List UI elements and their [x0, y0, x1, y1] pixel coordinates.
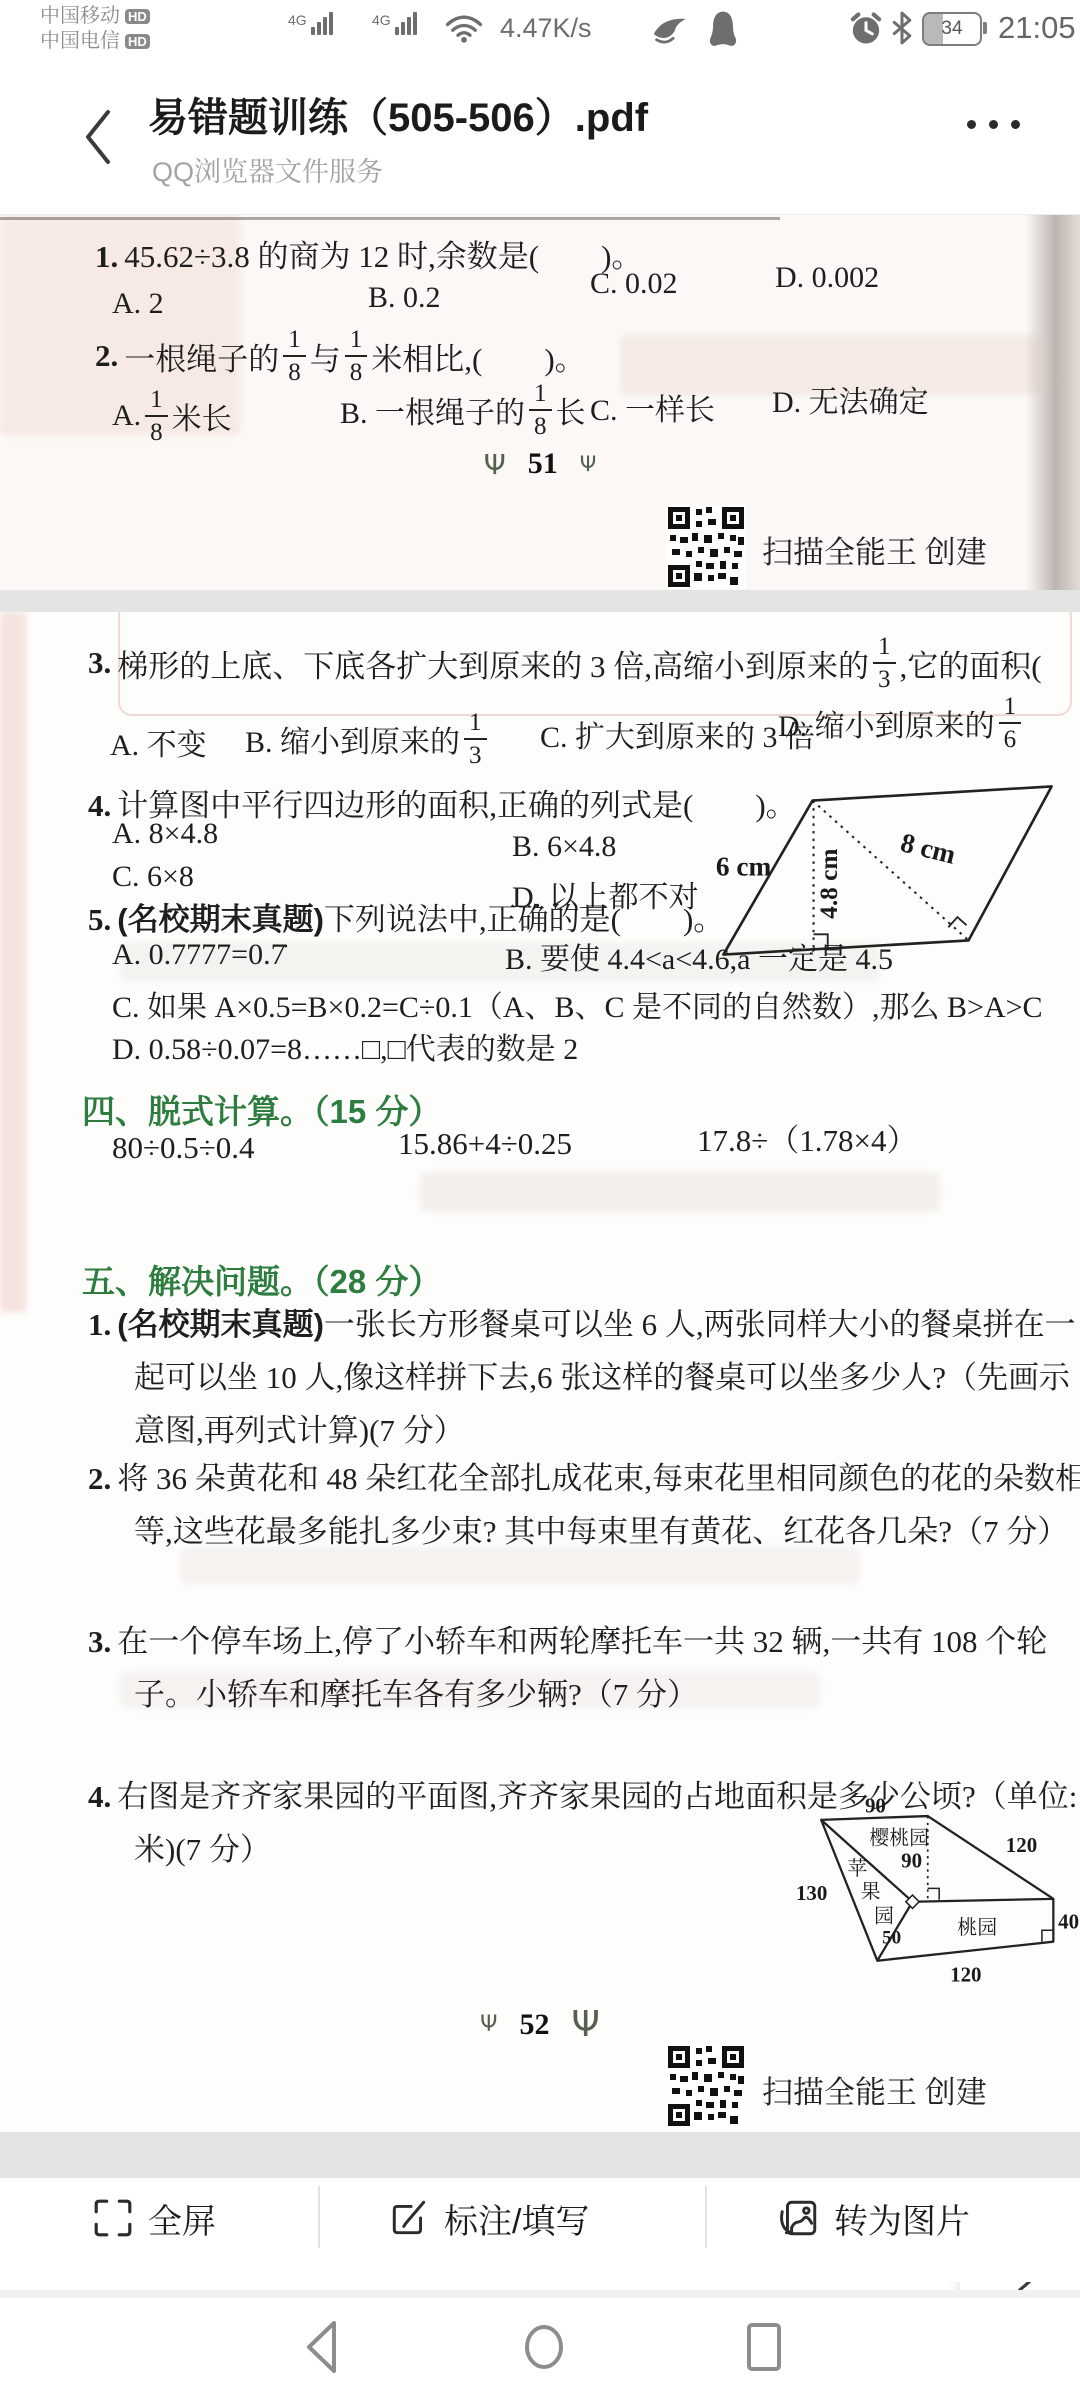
question-number: 4.: [88, 788, 111, 823]
battery-indicator: 34: [922, 12, 982, 46]
scan-artifact: [420, 1172, 940, 1212]
network-type-2: 4G: [372, 12, 391, 28]
problem-tag: (名校期末真题): [117, 1307, 324, 1342]
orchard-left-label: 130: [796, 1881, 827, 1905]
fig-label-diagonal: 8 cm: [898, 827, 959, 870]
question-3-text: 3. 梯形的上底、下底各扩大到原来的 3 倍,高缩小到原来的 13 ,它的面积(…: [88, 634, 1080, 692]
fraction: 13: [464, 710, 487, 768]
question-body: 下列说法中,正确的是( )。: [324, 902, 724, 937]
qr-caption: 扫描全能王 创建: [762, 2067, 987, 2112]
problem-number: 1.: [88, 1307, 111, 1342]
q3-text-pre: 梯形的上底、下底各扩大到原来的 3 倍,高缩小到原来的: [117, 641, 869, 686]
problem-body: 将 36 朵黄花和 48 朵红花全部扎成花束,每束花里相同颜色的花的朵数相等,这…: [117, 1461, 1080, 1549]
qr-code: [666, 2044, 746, 2128]
problem-number: 4.: [88, 1779, 111, 1814]
question-body: 45.62÷3.8 的商为 12 时,余数是( )。: [124, 239, 642, 274]
problem-1: 1.(名校期末真题)一张长方形餐桌可以坐 6 人,两张同样大小的餐桌拼在一起可以…: [88, 1298, 1080, 1457]
q2-text-pre: 一根绳子的: [124, 334, 279, 379]
fraction: 16: [999, 694, 1022, 752]
tree-icon: Ψ: [484, 448, 506, 481]
pdf-viewer[interactable]: 1.45.62÷3.8 的商为 12 时,余数是( )。 A. 2 B. 0.2…: [0, 215, 1080, 2178]
q2-option-c: C. 一样长: [590, 385, 715, 429]
orchard-right-label: 120: [1006, 1833, 1037, 1857]
section-4-heading: 四、脱式计算。（15 分）: [82, 1086, 441, 1133]
fraction: 18: [283, 327, 306, 385]
signal-bars-1: 4G: [288, 12, 333, 35]
orchard-figure: 90 樱桃园 90 120 130 苹 果 园 50 桃园 40 120: [785, 1798, 1080, 1994]
android-navbar: [0, 2290, 1080, 2400]
fraction: 18: [145, 387, 168, 445]
q5-option-a: A. 0.7777=0.7̇: [112, 938, 286, 972]
expression-1: 80÷0.5÷0.4: [112, 1130, 255, 1166]
orchard-bottom-label: 120: [950, 1963, 981, 1987]
problem-number: 2.: [88, 1461, 111, 1496]
status-bar: 中国移动HD 中国电信HD 4G 4G 4.47K/s 34 21:05: [0, 0, 1080, 58]
problem-3: 3.在一个停车场上,停了小轿车和两轮摩托车一共 32 辆,一共有 108 个轮子…: [88, 1615, 1080, 1721]
wifi-icon: [444, 14, 484, 44]
fraction: 18: [529, 381, 552, 439]
annotate-button[interactable]: 标注/填写: [388, 2188, 589, 2248]
nav-home-button[interactable]: [520, 2316, 568, 2378]
page-number: 51: [528, 447, 558, 481]
network-type-1: 4G: [288, 12, 307, 28]
q1-option-a: A. 2: [112, 287, 164, 321]
question-tag: (名校期末真题): [117, 902, 324, 937]
to-image-button[interactable]: 转为图片: [778, 2188, 970, 2248]
orchard-fifty-label: 50: [882, 1928, 901, 1949]
scan-book-edge: [1026, 215, 1080, 590]
phone-screen: 中国移动HD 中国电信HD 4G 4G 4.47K/s 34 21:05: [0, 0, 1080, 2400]
q5-option-d: D. 0.58÷0.07=8……□,□代表的数是 2: [112, 1024, 578, 1068]
scan-page-cut-line: [0, 217, 780, 220]
bird-notification-icon: [648, 12, 690, 48]
apple-orchard-char3: 园: [874, 1906, 894, 1928]
signal-bars-2: 4G: [372, 12, 417, 35]
fraction: 18: [345, 327, 368, 385]
q2-text-mid: 与: [310, 334, 341, 379]
carrier-1: 中国移动: [40, 4, 120, 29]
carrier-2: 中国电信: [40, 29, 120, 54]
page-number: 52: [519, 2008, 549, 2042]
problem-number: 3.: [88, 1624, 111, 1659]
carrier-labels: 中国移动HD 中国电信HD: [40, 4, 150, 54]
fullscreen-button[interactable]: 全屏: [92, 2188, 216, 2248]
document-source: QQ浏览器文件服务: [152, 150, 383, 189]
question-number: 3.: [88, 645, 111, 681]
tree-icon: Ψ: [580, 452, 597, 476]
tree-icon: Ψ: [571, 2004, 599, 2045]
nav-recents-button[interactable]: [742, 2316, 786, 2378]
q5-option-c: C. 如果 A×0.5=B×0.2=C÷0.1（A、B、C 是不同的自然数）,那…: [112, 982, 1043, 1026]
problem-body: 在一个停车场上,停了小轿车和两轮摩托车一共 32 辆,一共有 108 个轮子。小…: [117, 1624, 1047, 1712]
question-number: 2.: [95, 338, 118, 374]
problem-2: 2.将 36 朵黄花和 48 朵红花全部扎成花束,每束花里相同颜色的花的朵数相等…: [88, 1452, 1080, 1558]
to-image-label: 转为图片: [834, 2194, 970, 2243]
peach-orchard-label: 桃园: [957, 1916, 997, 1939]
qr-caption: 扫描全能王 创建: [762, 527, 987, 572]
hd-badge-1: HD: [125, 9, 150, 24]
scan-artifact: [0, 612, 26, 1312]
q1-option-d: D. 0.002: [775, 261, 879, 295]
q2-option-d: D. 无法确定: [772, 377, 929, 421]
q1-option-c: C. 0.02: [590, 267, 678, 301]
q2-option-a: A. 18米长: [112, 387, 232, 445]
question-5-text: 5.(名校期末真题)下列说法中,正确的是( )。: [88, 894, 724, 939]
q3-option-a: A. 不变: [110, 720, 207, 764]
nav-back-button[interactable]: [300, 2316, 344, 2378]
apple-orchard-char2: 果: [861, 1880, 881, 1903]
pdf-page-51: 1.45.62÷3.8 的商为 12 时,余数是( )。 A. 2 B. 0.2…: [0, 215, 1080, 590]
tree-icon: Ψ: [480, 2012, 497, 2037]
clock-text: 21:05: [998, 10, 1076, 46]
q1-option-b: B. 0.2: [368, 281, 441, 315]
question-number: 5.: [88, 902, 111, 937]
section-5-heading: 五、解决问题。（28 分）: [82, 1256, 441, 1303]
q3-option-b: B. 缩小到原来的13: [245, 710, 491, 768]
bluetooth-icon: [890, 11, 914, 45]
q2-text-post: 米相比,( )。: [371, 334, 585, 379]
document-header: 易错题训练（505-506）.pdf QQ浏览器文件服务: [0, 58, 1080, 215]
q3-text-post: ,它的面积( )。: [900, 641, 1080, 686]
bottom-toolbar: 全屏 标注/填写 转为图片: [0, 2178, 1080, 2282]
q2-option-b: B. 一根绳子的18长: [340, 381, 586, 439]
alarm-icon: [848, 11, 884, 47]
nav-home-circle-icon: [520, 2316, 568, 2378]
q4-option-c: C. 6×8: [112, 860, 194, 894]
apple-orchard-char1: 苹: [847, 1857, 867, 1880]
toolbar-divider: [705, 2186, 707, 2248]
battery-percent: 34: [941, 18, 962, 40]
fig-label-height: 4.8 cm: [815, 849, 843, 919]
annotate-icon: [388, 2197, 430, 2239]
question-1-text: 1.45.62÷3.8 的商为 12 时,余数是( )。: [95, 231, 642, 276]
hd-badge-2: HD: [125, 34, 150, 49]
orchard-height-label: 90: [901, 1848, 922, 1872]
question-2-text: 2. 一根绳子的 18 与 18 米相比,( )。: [95, 327, 586, 385]
page-number-marker: Ψ 52 Ψ: [0, 2004, 1080, 2045]
question-number: 1.: [95, 239, 118, 274]
document-title: 易错题训练（505-506）.pdf: [148, 86, 948, 143]
back-button[interactable]: [78, 106, 118, 168]
fullscreen-label: 全屏: [148, 2194, 216, 2243]
network-speed: 4.47K/s: [500, 13, 592, 44]
fullscreen-icon: [92, 2197, 134, 2239]
cherry-orchard-label: 樱桃园: [869, 1827, 929, 1850]
annotate-label: 标注/填写: [444, 2194, 589, 2243]
q4-option-a: A. 8×4.8: [112, 817, 218, 851]
orchard-top-label: 90: [865, 1798, 886, 1817]
orchard-forty-label: 40: [1058, 1909, 1079, 1933]
toolbar-divider: [318, 2186, 320, 2248]
qq-penguin-icon: [706, 10, 740, 50]
q4-option-b: B. 6×4.8: [512, 830, 616, 864]
q3-option-c: C. 扩大到原来的 3 倍: [540, 712, 815, 756]
nav-recents-square-icon: [742, 2316, 786, 2378]
pdf-page-52: 3. 梯形的上底、下底各扩大到原来的 3 倍,高缩小到原来的 13 ,它的面积(…: [0, 612, 1080, 2132]
page-number-marker: Ψ 51 Ψ: [0, 447, 1080, 481]
more-menu-icon[interactable]: [967, 120, 1020, 129]
fraction: 13: [873, 634, 896, 692]
q5-option-b: B. 要使 4.4<a<4.6,a 一定是 4.5: [505, 934, 893, 978]
fig-label-side: 6 cm: [716, 852, 772, 882]
expression-3: 17.8÷（1.78×4）: [697, 1115, 918, 1160]
qr-code: [666, 505, 746, 589]
nav-back-triangle-icon: [300, 2316, 344, 2378]
expression-2: 15.86+4÷0.25: [398, 1126, 572, 1162]
to-image-icon: [778, 2197, 820, 2239]
q3-option-d: D. 缩小到原来的16: [778, 694, 1025, 752]
